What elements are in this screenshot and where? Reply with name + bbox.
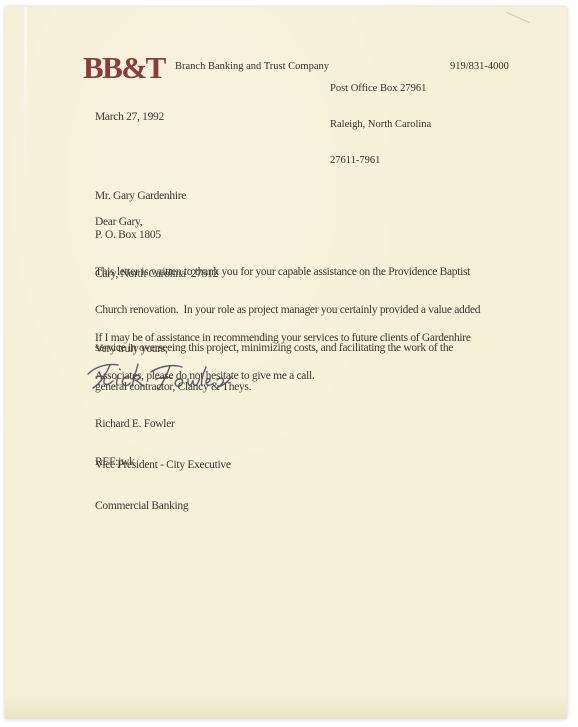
reference-initials: REF:jwk bbox=[95, 456, 134, 469]
recipient-line: Mr. Gary Gardenhire bbox=[95, 190, 218, 203]
letterhead-address-line: Raleigh, North Carolina bbox=[330, 119, 431, 131]
letterhead-address-line: Post Office Box 27961 bbox=[330, 83, 431, 95]
bbt-logo: BB&T bbox=[83, 50, 165, 86]
letterhead-address: Post Office Box 27961 Raleigh, North Car… bbox=[330, 59, 431, 191]
company-name: Branch Banking and Trust Company bbox=[175, 61, 329, 73]
letter-date: March 27, 1992 bbox=[95, 111, 164, 124]
signature-handwriting bbox=[85, 357, 237, 395]
letterhead-phone: 919/831-4000 bbox=[450, 61, 509, 73]
letter-page: BB&T Branch Banking and Trust Company Po… bbox=[5, 7, 567, 719]
paragraph-line: This letter is written to thank you for … bbox=[95, 266, 480, 279]
scan-scratch bbox=[506, 12, 530, 23]
signer-department: Commercial Banking bbox=[95, 500, 231, 514]
scan-crease bbox=[24, 7, 27, 197]
letterhead-address-line: 27611-7961 bbox=[330, 155, 431, 167]
signer-name: Richard E. Fowler bbox=[95, 418, 231, 432]
salutation: Dear Gary, bbox=[95, 216, 142, 229]
closing-line: Very truly yours, bbox=[95, 343, 168, 356]
